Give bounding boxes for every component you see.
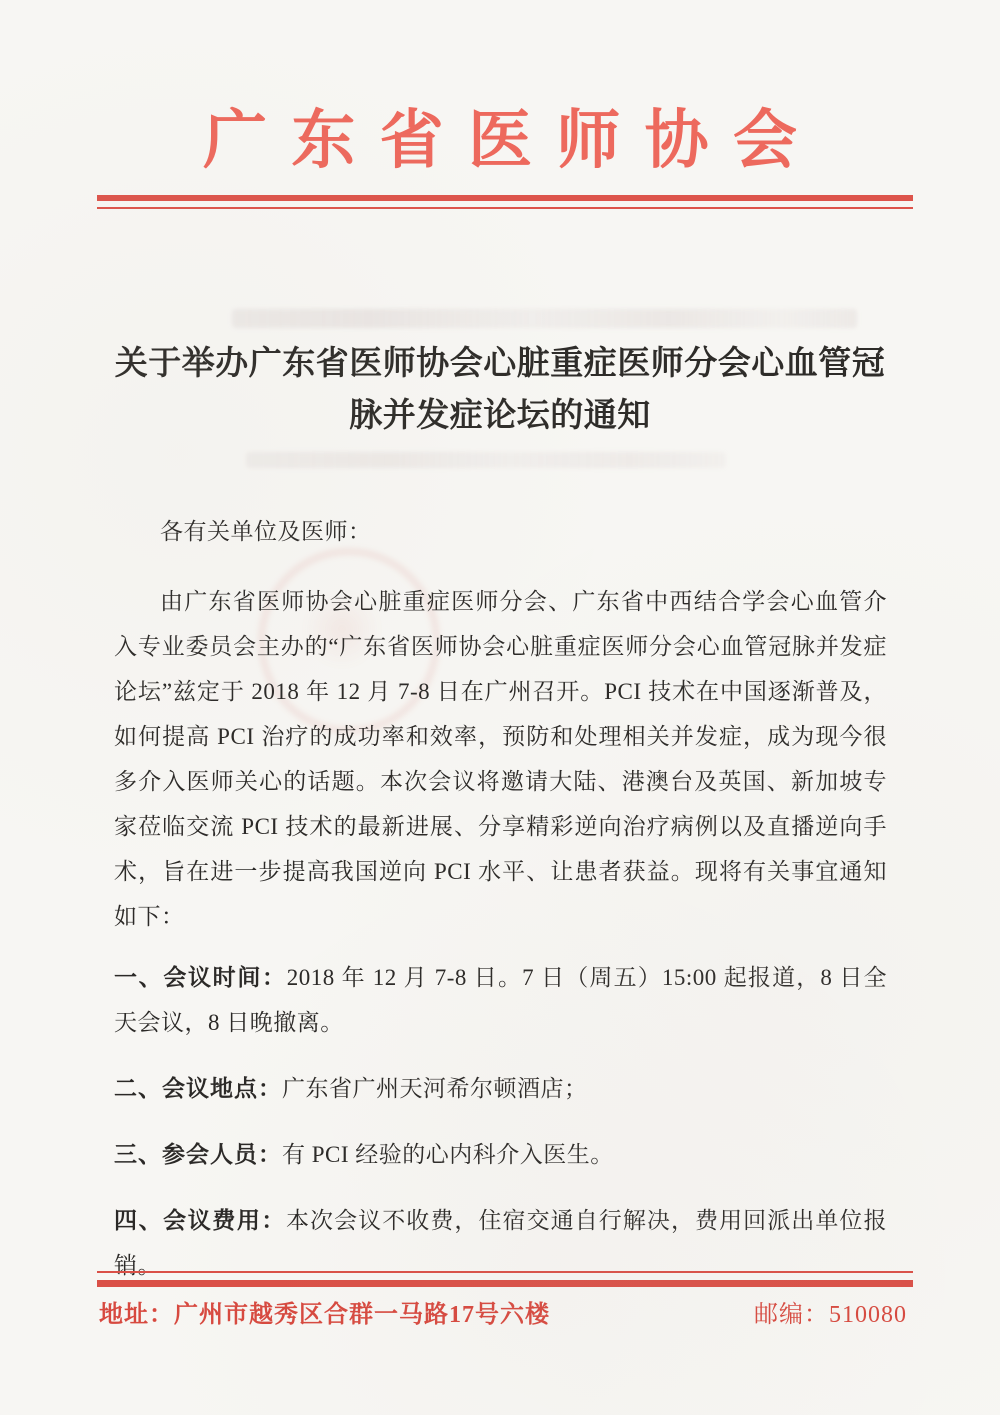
notice-item-4: 四、会议费用：本次会议不收费，住宿交通自行解决，费用回派出单位报销。 — [114, 1198, 887, 1288]
notice-item-2-text: 广东省广州天河希尔顿酒店； — [282, 1076, 588, 1101]
notice-item-3-label: 三、参会人员： — [114, 1141, 282, 1167]
footer-address: 地址：广州市越秀区合群一马路17号六楼 — [99, 1294, 550, 1329]
scanned-notice-page: 广东省医师协会 关于举办广东省医师协会心脏重症医师分会心血管冠 脉并发症论坛的通… — [0, 0, 1000, 1415]
footer-rule-thin — [97, 1271, 913, 1273]
intro-paragraph: 由广东省医师协会心脏重症医师分会、广东省中西结合学会心血管介入专业委员会主办的“… — [114, 579, 887, 939]
notice-title: 关于举办广东省医师协会心脏重症医师分会心血管冠 脉并发症论坛的通知 — [0, 338, 1000, 442]
footer-rule-thick — [97, 1280, 913, 1287]
letterhead-rule-thin — [97, 207, 913, 209]
notice-item-4-label: 四、会议费用： — [114, 1207, 286, 1233]
bleedthrough-text-smudge-below-title — [246, 452, 726, 468]
letterhead-rule-thick — [97, 195, 913, 201]
notice-title-line-1: 关于举办广东省医师协会心脏重症医师分会心血管冠 — [0, 338, 1000, 390]
notice-item-2: 二、会议地点：广东省广州天河希尔顿酒店； — [114, 1066, 887, 1111]
notice-item-1: 一、会议时间：2018 年 12 月 7-8 日。7 日（周五）15:00 起报… — [114, 955, 887, 1045]
footer-postcode: 邮编：510080 — [754, 1294, 907, 1329]
salutation: 各有关单位及医师： — [114, 509, 887, 554]
notice-item-1-label: 一、会议时间： — [114, 964, 287, 990]
letterhead-org-name: 广东省医师协会 — [0, 98, 1000, 184]
notice-item-2-label: 二、会议地点： — [114, 1075, 282, 1101]
notice-title-line-2: 脉并发症论坛的通知 — [0, 390, 1000, 442]
bleedthrough-text-smudge-top — [232, 309, 857, 328]
notice-item-3-text: 有 PCI 经验的心内科介入医生。 — [282, 1142, 614, 1167]
notice-body: 各有关单位及医师： 由广东省医师协会心脏重症医师分会、广东省中西结合学会心血管介… — [114, 509, 887, 1309]
footer: 地址：广州市越秀区合群一马路17号六楼 邮编：510080 — [99, 1294, 907, 1329]
notice-item-3: 三、参会人员：有 PCI 经验的心内科介入医生。 — [114, 1132, 887, 1177]
